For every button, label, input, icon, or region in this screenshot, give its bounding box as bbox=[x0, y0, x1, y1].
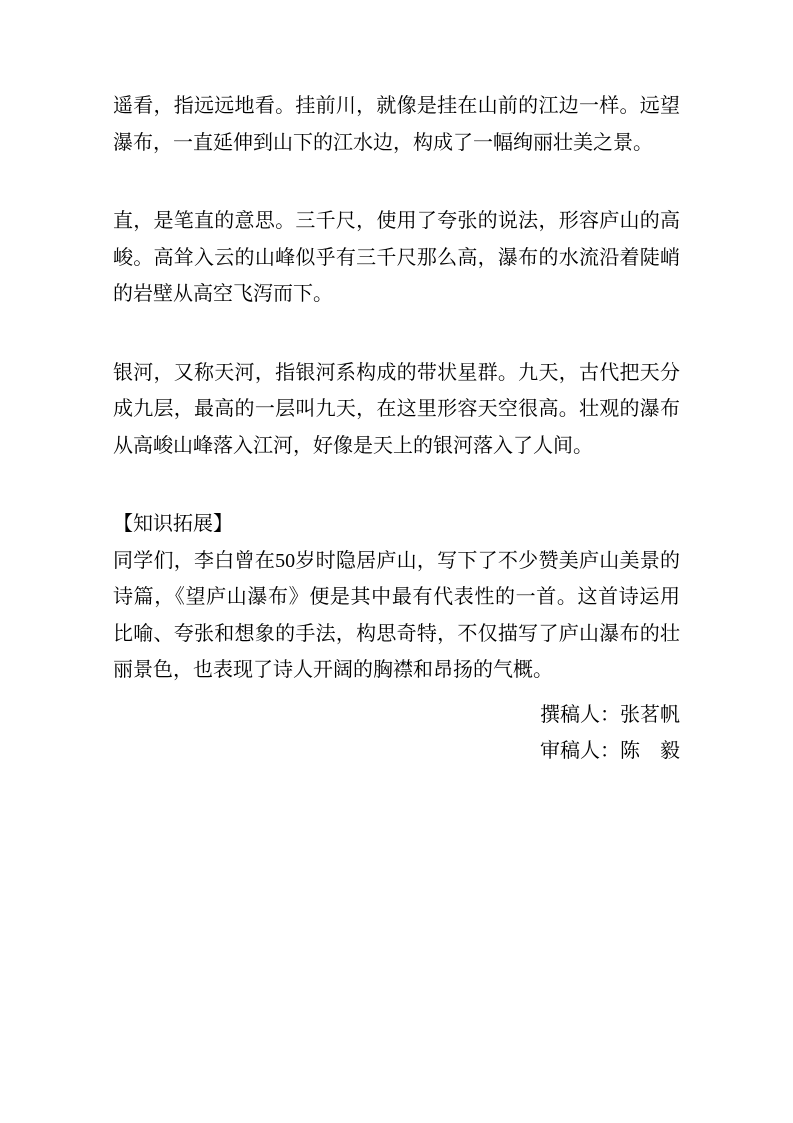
section-paragraph: 同学们，李白曾在50岁时隐居庐山，写下了不少赞美庐山美景的诗篇，《望庐山瀑布》便… bbox=[113, 543, 680, 689]
signature-block: 撰稿人：张茗帆 审稿人：陈 毅 bbox=[113, 697, 680, 770]
paragraph-zhi-annotation: 直，是笔直的意思。三千尺，使用了夸张的说法，形容庐山的高峻。高耸入云的山峰似乎有… bbox=[113, 203, 680, 313]
signature-reviewer: 审稿人：陈 毅 bbox=[113, 733, 680, 770]
section-knowledge-expansion: 【知识拓展】 同学们，李白曾在50岁时隐居庐山，写下了不少赞美庐山美景的诗篇，《… bbox=[113, 506, 680, 689]
document-page: 遥看，指远远地看。挂前川，就像是挂在山前的江边一样。远望瀑布，一直延伸到山下的江… bbox=[113, 88, 680, 770]
paragraph-yinhe-annotation: 银河，又称天河，指银河系构成的带状星群。九天，古代把天分成九层，最高的一层叫九天… bbox=[113, 355, 680, 465]
section-title: 【知识拓展】 bbox=[113, 506, 680, 543]
signature-writer: 撰稿人：张茗帆 bbox=[113, 697, 680, 734]
paragraph-yaokan-annotation: 遥看，指远远地看。挂前川，就像是挂在山前的江边一样。远望瀑布，一直延伸到山下的江… bbox=[113, 88, 680, 161]
